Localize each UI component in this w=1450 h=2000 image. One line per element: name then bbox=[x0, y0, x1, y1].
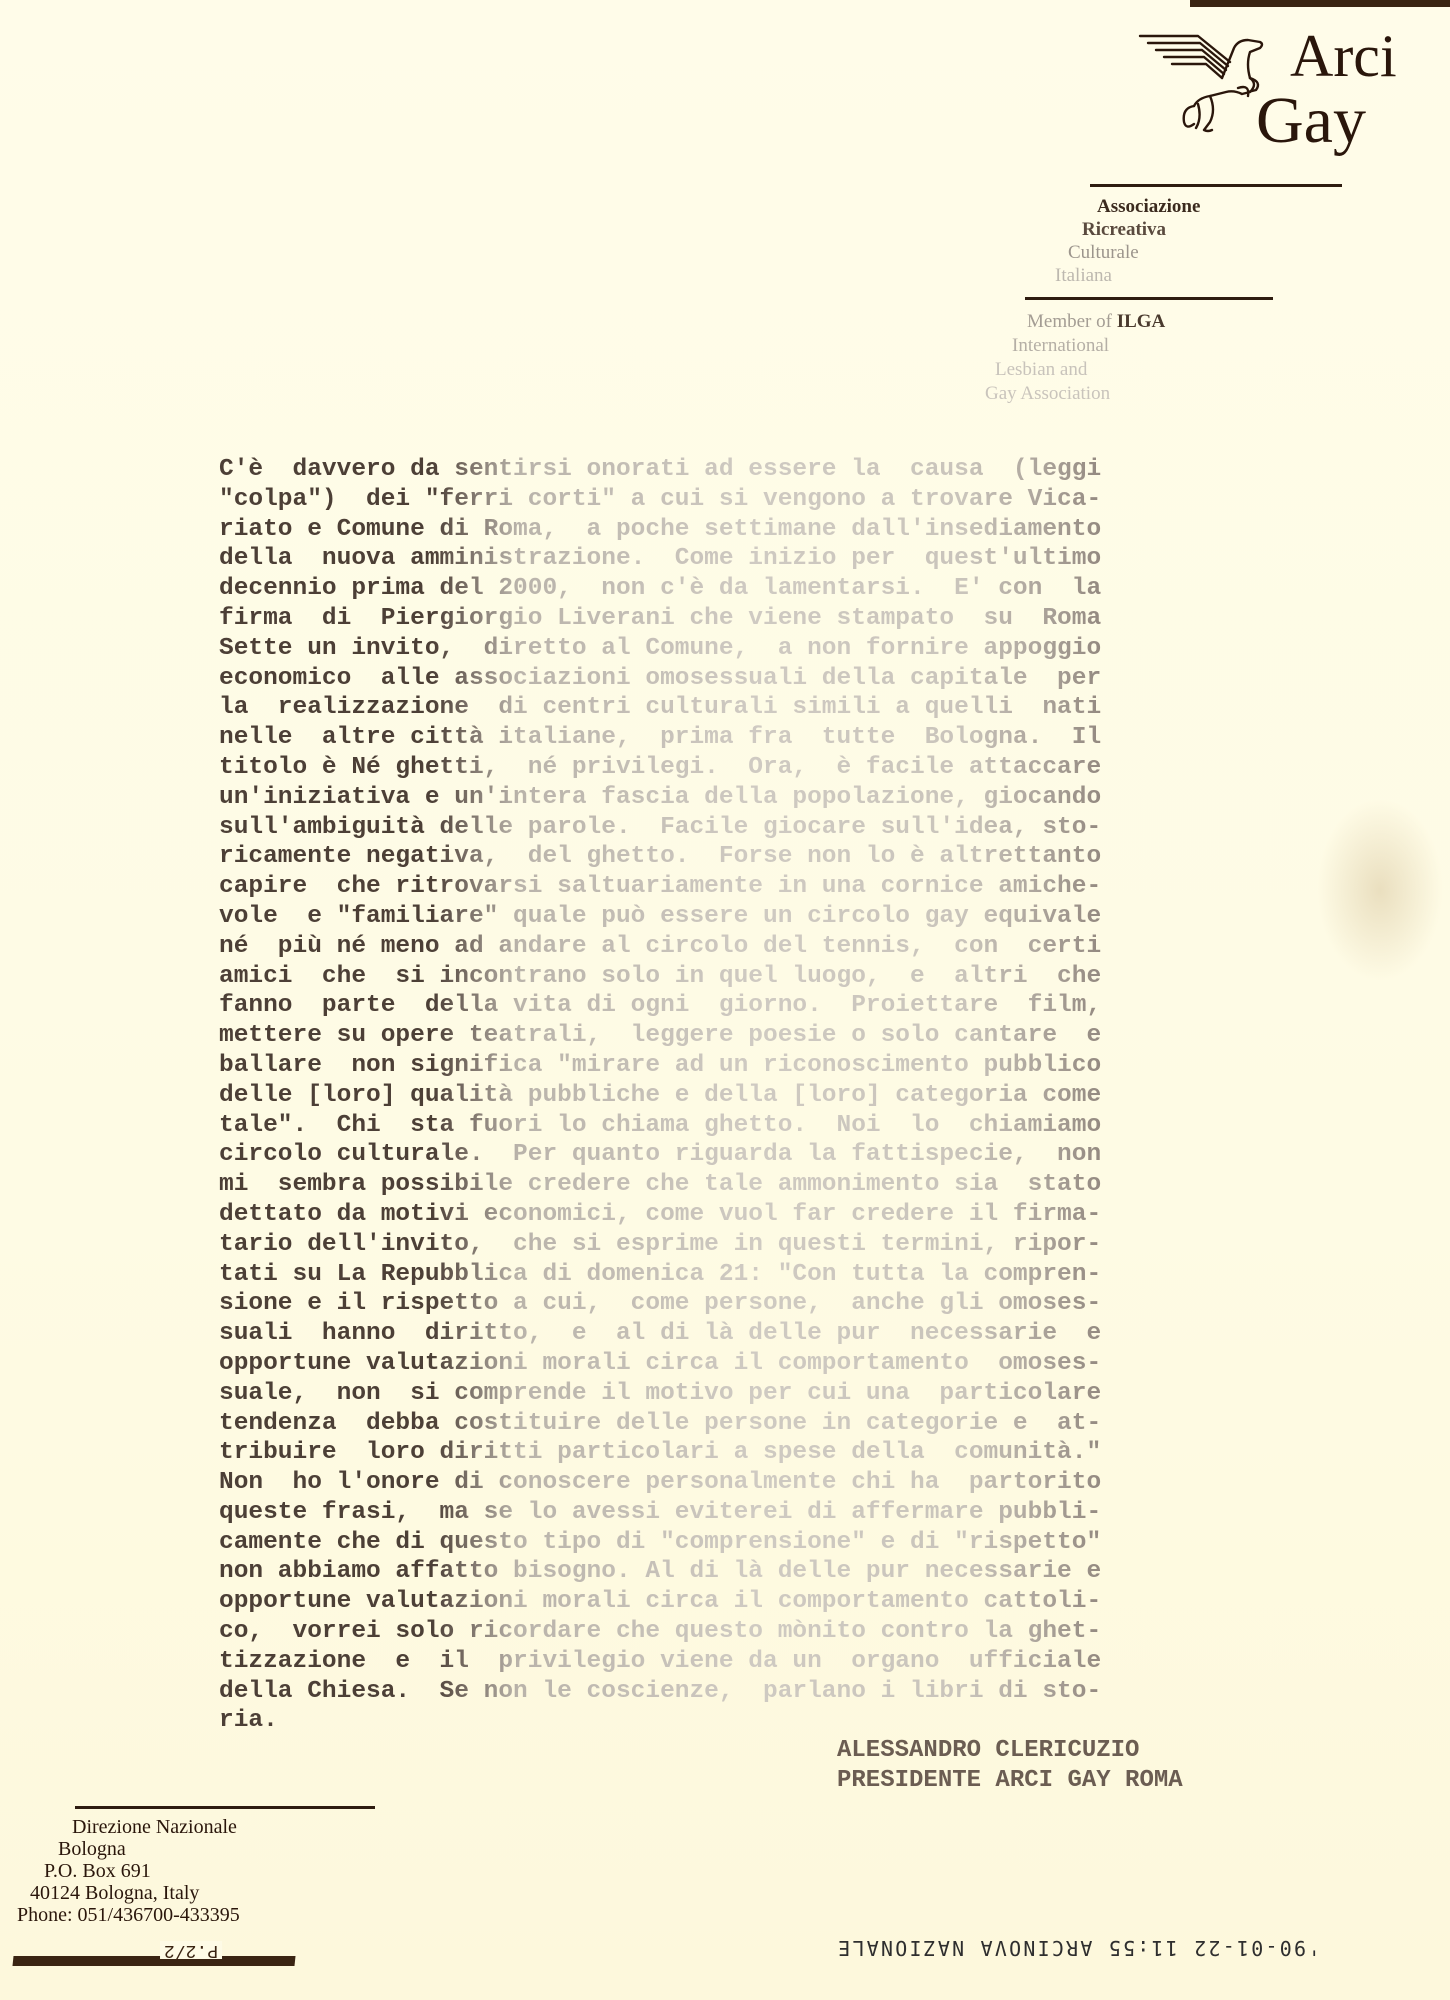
page-marker: P.2/2 bbox=[160, 1941, 222, 1959]
body-line: della nuova amministrazione. Come inizio… bbox=[219, 544, 1285, 574]
body-line: della Chiesa. Se non le coscienze, parla… bbox=[219, 1677, 1285, 1707]
association-line: Associazione bbox=[1097, 195, 1200, 218]
body-line: tizzazione e il privilegio viene da un o… bbox=[219, 1647, 1285, 1677]
body-line: vole e "familiare" quale può essere un c… bbox=[219, 902, 1285, 932]
fax-transmission-header: '90-01-22 11:55 ARCINOVA NAZIONALE bbox=[836, 1938, 1320, 1958]
body-line: un'iniziativa e un'intera fascia della p… bbox=[219, 783, 1285, 813]
ilga-membership-line: Member of ILGA bbox=[1027, 310, 1165, 333]
body-line: circolo culturale. Per quanto riguarda l… bbox=[219, 1140, 1285, 1170]
address-line: 40124 Bologna, Italy bbox=[30, 1882, 199, 1904]
address-line: Bologna bbox=[58, 1838, 126, 1860]
body-line: C'è davvero da sentirsi onorati ad esser… bbox=[219, 455, 1285, 485]
body-line: "colpa") dei "ferri corti" a cui si veng… bbox=[219, 485, 1285, 515]
body-line: sull'ambiguità delle parole. Facile gioc… bbox=[219, 813, 1285, 843]
letterhead-divider bbox=[1025, 297, 1273, 300]
letter-page: Arci Gay Associazione Ricreativa Cultura… bbox=[0, 0, 1450, 2000]
body-line: riato e Comune di Roma, a poche settiman… bbox=[219, 515, 1285, 545]
logo-gay-text: Gay bbox=[1256, 88, 1366, 154]
arci-gay-logo: Arci Gay bbox=[1138, 26, 1418, 166]
body-line: ballare non significa "mirare ad un rico… bbox=[219, 1051, 1285, 1081]
body-line: tale". Chi sta fuori lo chiama ghetto. N… bbox=[219, 1111, 1285, 1141]
signature-name: ALESSANDRO CLERICUZIO bbox=[837, 1736, 1183, 1766]
body-line: titolo è Né ghetti, né privilegi. Ora, è… bbox=[219, 753, 1285, 783]
body-line: mettere su opere teatrali, leggere poesi… bbox=[219, 1021, 1285, 1051]
body-line: fanno parte della vita di ogni giorno. P… bbox=[219, 991, 1285, 1021]
body-line: la realizzazione di centri culturali sim… bbox=[219, 693, 1285, 723]
address-line: Phone: 051/436700-433395 bbox=[17, 1904, 240, 1926]
fax-edge-bar bbox=[1190, 0, 1450, 7]
body-line: queste frasi, ma se lo avessi eviterei d… bbox=[219, 1498, 1285, 1528]
ilga-line: International bbox=[1012, 334, 1109, 357]
body-line: ria. bbox=[219, 1706, 1285, 1736]
body-line: Non ho l'onore di conoscere personalment… bbox=[219, 1468, 1285, 1498]
body-line: tati su La Repubblica di domenica 21: "C… bbox=[219, 1260, 1285, 1290]
fax-edge-bar bbox=[12, 1956, 295, 1966]
body-line: dettato da motivi economici, come vuol f… bbox=[219, 1200, 1285, 1230]
body-line: nelle altre città italiane, prima fra tu… bbox=[219, 723, 1285, 753]
body-line: firma di Piergiorgio Liverani che viene … bbox=[219, 604, 1285, 634]
body-line: suali hanno diritto, e al di là delle pu… bbox=[219, 1319, 1285, 1349]
ilga-prefix: Member of bbox=[1027, 311, 1117, 332]
body-line: tendenza debba costituire delle persone … bbox=[219, 1409, 1285, 1439]
body-line: camente che di questo tipo di "comprensi… bbox=[219, 1528, 1285, 1558]
body-line: opportune valutazioni morali circa il co… bbox=[219, 1587, 1285, 1617]
signature-title: PRESIDENTE ARCI GAY ROMA bbox=[837, 1766, 1183, 1796]
body-line: capire che ritrovarsi saltuariamente in … bbox=[219, 872, 1285, 902]
ilga-org: ILGA bbox=[1117, 311, 1166, 332]
body-line: ricamente negativa, del ghetto. Forse no… bbox=[219, 842, 1285, 872]
logo-arci-text: Arci bbox=[1290, 26, 1397, 86]
body-line: economico alle associazioni omosessuali … bbox=[219, 664, 1285, 694]
body-line: non abbiamo affatto bisogno. Al di là de… bbox=[219, 1557, 1285, 1587]
body-line: mi sembra possibile credere che tale amm… bbox=[219, 1170, 1285, 1200]
signature-block: ALESSANDRO CLERICUZIO PRESIDENTE ARCI GA… bbox=[837, 1736, 1183, 1796]
body-line: opportune valutazioni morali circa il co… bbox=[219, 1349, 1285, 1379]
association-line: Culturale bbox=[1068, 241, 1139, 264]
ilga-line: Lesbian and bbox=[995, 358, 1087, 381]
ilga-line: Gay Association bbox=[985, 382, 1110, 405]
body-line: Sette un invito, diretto al Comune, a no… bbox=[219, 634, 1285, 664]
body-line: decennio prima del 2000, non c'è da lame… bbox=[219, 574, 1285, 604]
association-line: Italiana bbox=[1055, 264, 1112, 287]
body-line: tario dell'invito, che si esprime in que… bbox=[219, 1230, 1285, 1260]
address-line: P.O. Box 691 bbox=[44, 1860, 151, 1882]
letter-body: C'è davvero da sentirsi onorati ad esser… bbox=[219, 455, 1285, 1736]
letterhead-divider bbox=[1090, 184, 1342, 187]
association-line: Ricreativa bbox=[1082, 218, 1166, 241]
body-line: delle [loro] qualità pubbliche e della [… bbox=[219, 1081, 1285, 1111]
body-line: sione e il rispetto a cui, come persone,… bbox=[219, 1289, 1285, 1319]
address-line: Direzione Nazionale bbox=[72, 1816, 237, 1838]
footer-divider bbox=[75, 1806, 375, 1809]
body-line: co, vorrei solo ricordare che questo mòn… bbox=[219, 1617, 1285, 1647]
body-line: né più né meno ad andare al circolo del … bbox=[219, 932, 1285, 962]
body-line: suale, non si comprende il motivo per cu… bbox=[219, 1379, 1285, 1409]
body-line: tribuire loro diritti particolari a spes… bbox=[219, 1438, 1285, 1468]
body-line: amici che si incontrano solo in quel luo… bbox=[219, 962, 1285, 992]
